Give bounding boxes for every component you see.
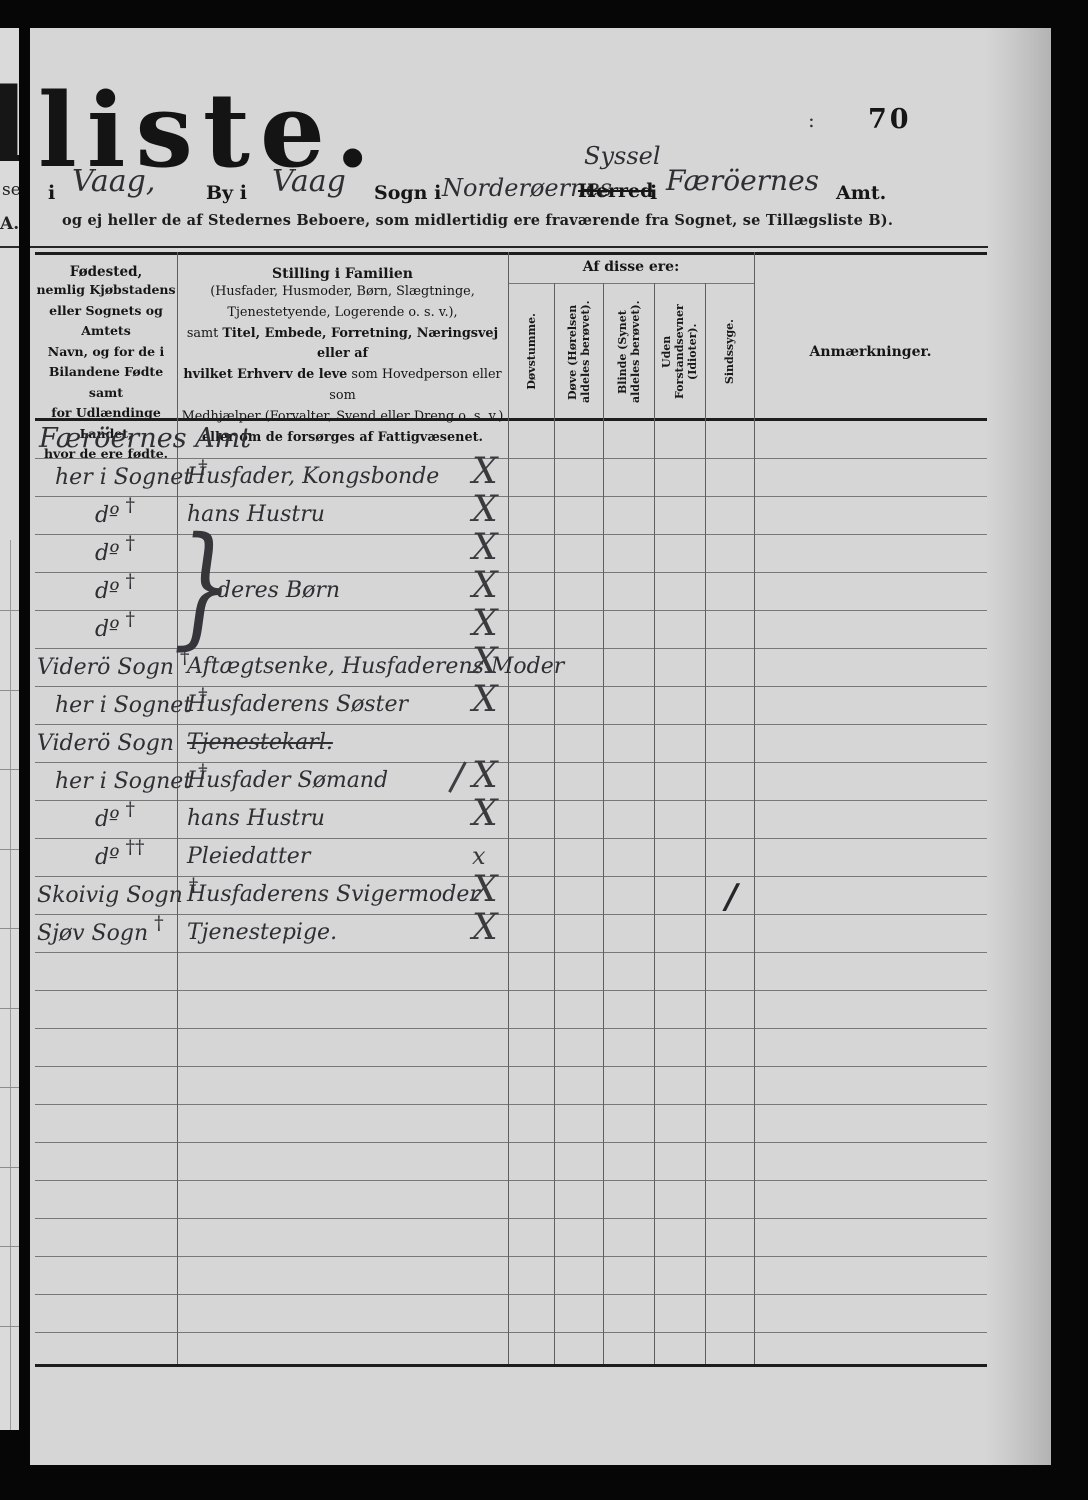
scanned-census-page: { "page_number": "70", "title": { "main_… xyxy=(0,0,1088,1500)
table-column-line xyxy=(705,283,706,1364)
remarks-column-header: Anmærkninger. xyxy=(754,344,987,360)
colon-mark: : xyxy=(808,108,815,132)
handwritten-parish-name: Vaag xyxy=(272,164,346,199)
birthplace-header-line: Bilandene Fødte samt xyxy=(35,362,177,403)
dagger-mark: † xyxy=(125,532,135,554)
dagger-mark: † xyxy=(125,798,135,820)
position-header-line: samt Titel, Embede, Forretning, Næringsv… xyxy=(177,324,508,366)
x-tally-mark: x xyxy=(472,844,486,868)
margin-text-fragment: A. xyxy=(0,214,19,234)
handwritten-town-name: Vaag, xyxy=(72,164,155,199)
birthplace-cell: Færöernes Amt xyxy=(39,423,251,454)
birthplace-cell: dº† xyxy=(95,503,135,528)
birthplace-header-title: Fødested, xyxy=(35,264,177,280)
birthplace-cell: Viderö Sogn† xyxy=(37,655,189,680)
birthplace-cell: dº† xyxy=(95,807,135,832)
census-form-page: liste. : 70 i Vaag, By i Vaag Sogn i Nor… xyxy=(30,28,1051,1465)
previous-page-row-line xyxy=(0,928,19,929)
previous-page-row-line xyxy=(0,1087,19,1088)
disability-column-header: Blinde (Synet aldeles berøvet). xyxy=(603,283,654,420)
position-column-header: Stilling i Familien (Husfader, Husmoder,… xyxy=(177,266,508,448)
position-header-segment: som Hovedperson eller som xyxy=(329,367,501,403)
disabilities-subheader-line xyxy=(508,283,754,284)
table-column-line xyxy=(654,283,655,1364)
disability-column-header: Døvstumme. xyxy=(508,283,554,420)
position-cell: Tjenestekarl. xyxy=(187,730,333,755)
position-header-segment: Tjenestetyende, Logerende o. s. v.), xyxy=(227,305,457,320)
disability-column-label: Døve (Hørelsen aldeles berøvet). xyxy=(566,288,592,416)
x-tally-mark: X xyxy=(472,530,498,566)
disability-column-header: Uden Forstandsevner (Idioter). xyxy=(654,283,705,420)
x-tally-mark: X xyxy=(472,606,498,642)
page-number: 70 xyxy=(868,104,912,135)
dagger-mark: † xyxy=(125,608,135,630)
x-tally-mark: X xyxy=(472,796,498,832)
disability-column-label: Uden Forstandsevner (Idioter). xyxy=(660,288,699,416)
birthplace-header-line: nemlig Kjøbstadens xyxy=(35,280,177,301)
birthplace-cell: dº†† xyxy=(95,845,144,870)
previous-page-row-line xyxy=(0,1167,19,1168)
disability-column-header: Sindssyge. xyxy=(705,283,754,420)
table-column-line xyxy=(508,252,509,1364)
disabilities-group-header: Af disse ere: xyxy=(508,259,754,275)
table-column-line xyxy=(754,252,755,1364)
previous-page-row-line xyxy=(0,1246,19,1247)
grouping-brace: } xyxy=(173,526,233,646)
header-word-sogn-i: Sogn i xyxy=(374,182,441,204)
table-column-line xyxy=(603,283,604,1364)
birthplace-header-line: Navn, og for de i xyxy=(35,342,177,363)
birthplace-cell: Sjøv Sogn† xyxy=(37,921,164,946)
birthplace-cell: her i Sognet† xyxy=(55,769,208,794)
position-cell: Husfaderens Søster xyxy=(187,692,408,717)
header-word-by-i: By i xyxy=(206,182,247,204)
position-header-line: hvilket Erhverv de leve som Hovedperson … xyxy=(177,365,508,407)
struck-herred-label: Herred xyxy=(578,180,653,202)
previous-page-row-line xyxy=(0,690,19,691)
previous-page-row-line xyxy=(0,1326,19,1327)
position-header-segment: Medhjælper (Forvalter, Svend eller Dreng… xyxy=(182,409,504,424)
position-header-bold-segment: hvilket Erhverv de leve xyxy=(183,367,347,382)
birthplace-cell: dº† xyxy=(95,579,135,604)
margin-text-fragment: se xyxy=(2,180,19,200)
position-cell: Husfader, Kongsbonde xyxy=(187,464,439,489)
table-bottom-border xyxy=(35,1364,987,1367)
x-tally-mark: X xyxy=(472,492,498,528)
handwritten-amt-name: Færöernes xyxy=(666,164,819,197)
position-cell: Aftægtsenke, Husfaderens Moder xyxy=(187,654,564,679)
previous-page-title-fragment: d xyxy=(0,66,19,186)
x-tally-mark: X xyxy=(472,682,498,718)
position-header-line: (Husfader, Husmoder, Børn, Slægtninge, xyxy=(177,282,508,303)
birthplace-header-line: eller Sognets og Amtets xyxy=(35,301,177,342)
position-cell: hans Hustru xyxy=(187,806,325,831)
position-header-bold-segment: Titel, Embede, Forretning, Næringsvej el… xyxy=(222,326,498,362)
birthplace-cell: dº† xyxy=(95,617,135,642)
position-header-line: Tjenestetyende, Logerende o. s. v.), xyxy=(177,303,508,324)
position-cell: Pleiedatter xyxy=(187,844,310,869)
position-header-title: Stilling i Familien xyxy=(177,266,508,282)
previous-page-row-line xyxy=(0,769,19,770)
x-tally-mark: X xyxy=(472,644,498,680)
x-tally-mark: X xyxy=(472,872,498,908)
handwritten-syssel-correction: Syssel xyxy=(584,142,661,170)
dagger-mark: † xyxy=(154,912,164,934)
birthplace-cell: dº† xyxy=(95,541,135,566)
birthplace-cell: her i Sognet† xyxy=(55,465,208,490)
x-tally-mark: X xyxy=(472,910,498,946)
header-word-i: i xyxy=(650,182,657,204)
dagger-mark: †† xyxy=(125,836,144,858)
disability-column-label: Blinde (Synet aldeles berøvet). xyxy=(616,288,642,416)
position-header-segment: samt xyxy=(187,326,223,341)
x-tally-mark: X xyxy=(472,454,498,490)
header-word-i: i xyxy=(48,182,55,204)
position-cell: Tjenestepige. xyxy=(187,920,337,945)
x-tally-mark: X xyxy=(472,568,498,604)
disability-column-header: Døve (Hørelsen aldeles berøvet). xyxy=(554,283,603,420)
birthplace-cell: Viderö Sogn xyxy=(37,731,174,756)
previous-page-row-line xyxy=(0,610,19,611)
position-header-segment: (Husfader, Husmoder, Børn, Slægtninge, xyxy=(210,284,475,299)
previous-page-edge: d se A. xyxy=(0,28,19,1430)
previous-page-row-line xyxy=(0,849,19,850)
margin-vertical-line xyxy=(10,540,11,1430)
disability-column-label: Døvstumme. xyxy=(525,313,538,390)
table-column-line xyxy=(177,252,178,1364)
margin-rule-line xyxy=(0,246,19,248)
position-cell: deres Børn xyxy=(217,578,340,603)
position-cell: Husfaderens Svigermoder xyxy=(187,882,480,907)
table-column-line xyxy=(554,283,555,1364)
census-table: Fødested, nemlig Kjøbstadenseller Sognet… xyxy=(35,252,987,1368)
dagger-mark: † xyxy=(125,494,135,516)
position-cell: Husfader Sømand xyxy=(187,768,388,793)
intro-note-line: og ej heller de af Stedernes Beboere, so… xyxy=(62,212,893,229)
sindssyge-tally-mark: / xyxy=(725,877,737,917)
page-edge-shading xyxy=(985,28,1051,1465)
header-rule-line xyxy=(30,246,988,248)
birthplace-cell: her i Sognet† xyxy=(55,693,208,718)
disability-column-label: Sindssyge. xyxy=(723,319,736,384)
stray-pen-stroke xyxy=(448,761,466,792)
dagger-mark: † xyxy=(125,570,135,592)
previous-page-row-line xyxy=(0,1008,19,1009)
header-word-amt: Amt. xyxy=(836,182,886,204)
x-tally-mark: X xyxy=(472,758,498,794)
birthplace-cell: Skoivig Sogn† xyxy=(37,883,198,908)
